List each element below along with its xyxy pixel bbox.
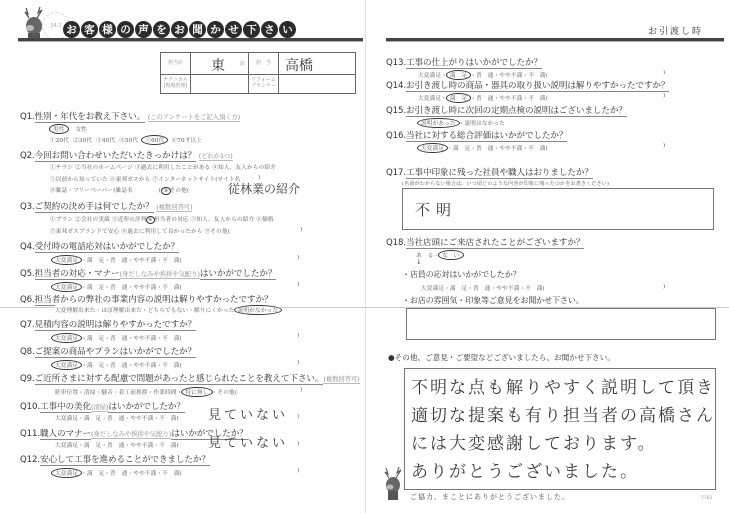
q15-question: Q15.お引き渡し時に次回の定期点検の説明はございましたか？ [386, 104, 627, 116]
q3-line1a: ①プラン ②会社の実績 ③近所の評判 [50, 217, 147, 223]
header-underline-shadow [386, 41, 724, 42]
q1-question: Q1.性別・年代をお教え下さい。 (このアンケートをご記入頂く方) [20, 110, 240, 122]
q2-options-line1[interactable]: ①チラシ ②当社のホームページ ③過去に利用したことがある ④知人、友人からの紹… [50, 163, 276, 171]
q9-close: ) [300, 387, 302, 393]
q2-line3-text: ⑧雑誌・フリーペーパー(雑誌名 [50, 188, 133, 194]
q10-handwritten: 見ていない [208, 404, 288, 423]
q18-text: 当社店頭にご来店されたことがございますか？ [406, 238, 584, 249]
comment-line: には大変感謝しております。 [411, 429, 657, 454]
q3-note: (複数回答可) [156, 203, 192, 212]
q8-rest: ・満 足・普 通・やや不満・不 満( [81, 363, 182, 369]
q3-options-line1[interactable]: ①プラン ②会社の実績 ③近所の評判④担当者の対応 ⑤知人、友人からの紹介 ⑥価… [50, 215, 274, 224]
q10-options[interactable]: 大変満足・満 足・普 通・やや不満・不 満( ) [55, 414, 179, 422]
title-char: お [171, 21, 188, 38]
q10-close: ) [297, 414, 299, 420]
q14-question: Q14.お引き渡し時の商品・器具の取り扱い説明は解りやすかったですか？ [386, 79, 669, 91]
q7-rest: ・満 足・普 通・やや不満・不 満( [81, 336, 182, 342]
q12-selected[interactable]: 大変満足 [51, 468, 82, 478]
q5-options[interactable]: 大変満足・満 足・普 通・やや不満・不 満( ) [52, 282, 182, 292]
q7-options[interactable]: 大変満足・満 足・普 通・やや不満・不 満( ) [52, 333, 182, 343]
q15-rest: ・説明はなかった [459, 121, 505, 127]
q1-age-selected[interactable]: ⑤60代 [141, 135, 168, 145]
q1-age-option[interactable]: ②30代 [73, 138, 92, 144]
comment-line: 適切な提案も有り担当者の高橋さん [411, 401, 715, 426]
q8-question: Q8.ご提案の商品やプランはいかがでしたか？ [20, 345, 196, 357]
q15-num: Q15. [386, 106, 406, 116]
q11-text: 職人のマナー [40, 429, 91, 440]
q3-text: ご契約の決め手は何でしたか？ [35, 202, 154, 213]
q15-text: お引き渡し時に次回の定期点検の説明はございましたか？ [406, 106, 627, 117]
q1-gender-selected[interactable]: 男性 [49, 124, 69, 134]
store-label: 担当店 [161, 53, 191, 75]
q18-sub1-options-text: 大変満足・満 足・普 通・やや不満・不 満( [421, 286, 545, 292]
q13-num: Q13. [386, 58, 406, 68]
q18-sub2-question: ・お店の雰囲気・印象等ご意見をお聞かせ下さい。 [402, 295, 584, 306]
page-code: 7701 [701, 496, 712, 501]
staff-label: 担 当 [249, 53, 279, 75]
q16-num: Q16. [386, 131, 406, 141]
q5-rest: ・満 足・普 通・やや不満・不 満( [81, 285, 182, 291]
q16-options[interactable]: 大変満足・満 足・普 通・やや不満・不 満( ) [418, 143, 548, 153]
q6-num: Q6. [20, 295, 35, 305]
q5-num: Q5. [20, 269, 35, 279]
store-suffix: 店 [240, 60, 245, 67]
q8-options[interactable]: 大変満足・満 足・普 通・やや不満・不 満( ) [52, 360, 182, 370]
q11-close: ) [297, 441, 299, 447]
q9-note: (複数回答可) [323, 375, 359, 384]
q17-answer-box[interactable]: 不明 [402, 188, 714, 230]
comments-heading: ●その他、ご意見・ご要望などございましたら、お聞かせ下さい。 [388, 352, 615, 363]
title-char: 下 [243, 21, 260, 38]
q5-question: Q5.担当者の対応・マナー(身だしなみや挨拶や気配り)はいかがでしたか？ [20, 267, 276, 279]
q5-note: (身だしなみや挨拶や気配り) [120, 270, 200, 279]
technical-cell[interactable] [191, 75, 249, 94]
q8-close: ) [297, 360, 299, 366]
q17-num: Q17. [386, 168, 406, 178]
staff-value: 高橋 [285, 55, 313, 75]
q11-note: (身だしなみや挨拶や気配り) [91, 430, 171, 439]
q12-options[interactable]: 大変満足・満 足・普 通・やや不満・不 満( ) [52, 468, 182, 478]
q14-close: ) [663, 93, 665, 99]
title-char: せ [225, 21, 242, 38]
q11-options[interactable]: 大変満足・満 足・普 通・やや不満・不 満( ) [55, 441, 179, 449]
q1-age-option[interactable]: ④50代 [119, 138, 138, 144]
q12-question: Q12.安心して工事を進めることができましたか？ [20, 453, 210, 465]
title-underline-shadow [18, 41, 363, 42]
q2-options-line2[interactable]: ⑤以前から知っていた ⑥東邦ガスから ⑦インターネットサイト(サイト名 ) [50, 175, 240, 183]
q9-options[interactable]: 駐車位置・清掃・騒音・着工前挨拶・作業時間・特に無し・その他( ) [55, 387, 237, 397]
q9-text: ご近所さまに対する配慮で問題があったと感じられたことを教えて下さい。 [35, 374, 324, 385]
title-char: お [63, 21, 80, 38]
q11-num: Q11. [20, 429, 40, 439]
q7-close: ) [297, 333, 299, 339]
q7-selected[interactable]: 大変満足 [51, 333, 82, 343]
q14-options[interactable]: 大変満足・満 足・普 通・やや不満・不 満( ) [418, 93, 548, 103]
q1-age-option[interactable]: ③40代 [96, 138, 115, 144]
q16-text: 当社に対する総合評価はいかがでしたか？ [406, 131, 567, 142]
q1-age-options: ①20代 ②30代 ③40代 ④50代 ⑤60代 ⑥70才以上 [50, 135, 202, 145]
q16-selected[interactable]: 大変満足 [417, 143, 448, 153]
title-char: 聞 [189, 21, 206, 38]
title-char: か [207, 21, 224, 38]
q12-num: Q12. [20, 455, 40, 465]
q18-sub1-close: ) [663, 284, 665, 290]
right-page: お引渡し時 Q13.工事の仕上がりはいかがでしたか？ 大変満足・満 足・普 通・… [366, 0, 729, 513]
q16-rest: ・満 足・普 通・やや不満・不 満( [447, 146, 548, 152]
comments-box[interactable]: 不明な点も解りやすく説明して頂き 適切な提案も有り担当者の高橋さん には大変感謝… [404, 368, 716, 490]
q4-text: 受付時の電話応対はいかがでしたか？ [35, 242, 179, 253]
arrow-down-icon: ↓ [416, 258, 422, 266]
q9-other: ・その他( [212, 390, 238, 396]
q2-line3-close: ) [158, 188, 160, 194]
q1-note: (このアンケートをご記入頂く方) [148, 113, 240, 122]
q9-rest: 駐車位置・清掃・騒音・着工前挨拶・作業時間・ [55, 390, 182, 396]
q4-close: ) [297, 255, 299, 261]
q14-rest: ・普 通・やや不満・不 満( [470, 96, 548, 102]
q18-sub1-options[interactable]: 大変満足・満 足・普 通・やや不満・不 満( ) [421, 284, 545, 292]
q5-text2: はいかがでしたか？ [200, 269, 276, 280]
store-cell[interactable]: 東 店 [191, 53, 249, 75]
q2-other-label: その他( [170, 188, 190, 194]
staff-cell[interactable]: 高橋 [279, 53, 356, 75]
q13-question: Q13.工事の仕上がりはいかがでしたか？ [386, 56, 542, 68]
q8-selected[interactable]: 大変満足 [51, 360, 82, 370]
q15-selected[interactable]: 説明があった [417, 118, 460, 128]
section-title: お引渡し時 [648, 24, 703, 37]
planner-cell[interactable] [279, 75, 356, 94]
q10-num: Q10. [20, 402, 40, 412]
q4-rest: ・満 足・普 通・やや不満・不 満( [81, 258, 182, 264]
q2-options-line3[interactable]: ⑧雑誌・フリーペーパー(雑誌名 [50, 186, 133, 194]
q6-options[interactable]: 大変理解出来た・ほぼ理解出来た・どちらでもない・解りにくかった説明がなかった [55, 305, 281, 315]
q9-selected[interactable]: 特に無し [181, 387, 212, 397]
q16-close: ) [663, 143, 665, 149]
q2-note: (どれか1つ) [199, 152, 233, 161]
q8-text: ご提案の商品やプランはいかがでしたか？ [35, 347, 196, 358]
stamp-text: 34.2 [50, 23, 61, 29]
q6-selected[interactable]: 説明がなかった [234, 305, 283, 315]
q13-close: ) [663, 70, 665, 76]
q2-other-option[interactable]: ) ⑨その他( [158, 186, 189, 195]
q7-question: Q7.見積内容の説明は解りやすかったですか？ [20, 318, 196, 330]
q2-line2-text: ⑤以前から知っていた ⑥東邦ガスから ⑦インターネットサイト(サイト名 [50, 177, 240, 183]
q18-question: Q18.当社店頭にご来店されたことがございますか？ [386, 236, 584, 248]
q8-num: Q8. [20, 347, 35, 357]
q6-rest: 大変理解出来た・ほぼ理解出来た・どちらでもない・解りにくかった [55, 308, 235, 314]
q10-options-text: 大変満足・満 足・普 通・やや不満・不 満( [55, 416, 179, 422]
q17-text: 工事中印象に残った社員や職人はおりましたか？ [406, 168, 593, 179]
title-char: の [117, 21, 134, 38]
q1-age-option[interactable]: ①20代 [50, 138, 69, 144]
q10-text: 工事中の美化 [40, 402, 91, 413]
planner-label: リフォーム プランナー [249, 75, 279, 94]
deer-logo-icon [382, 466, 404, 500]
q1-num: Q1. [20, 112, 35, 122]
store-value: 東 [211, 55, 225, 75]
technical-label: テクニカル (現場管理) [161, 75, 191, 94]
q3-line2: ⑦東邦ガスブランドで安心 ⑧過去に利用して良かったから ⑨その他( [50, 229, 230, 235]
q3-line1b: 担当者の対応 ⑤知人、友人からの紹介 ⑥価格 [154, 217, 274, 223]
q15-options[interactable]: 説明があった・説明はなかった [418, 118, 505, 128]
q12-close: ) [297, 468, 299, 474]
title-char: い [279, 21, 296, 38]
q10-text2: はいかがでしたか？ [108, 402, 184, 413]
q2-question: Q2.今回お問い合わせいただいたきっかけは？ (どれか1つ) [20, 149, 233, 161]
q5-close: ) [297, 282, 299, 288]
q4-options[interactable]: 大変満足・満 足・普 通・やや不満・不 満( ) [52, 255, 182, 265]
q14-selected[interactable]: 満 足 [446, 93, 471, 103]
q10-question: Q10.工事中の美化(清掃)はいかがでしたか？ [20, 400, 185, 412]
q16-question: Q16.当社に対する総合評価はいかがでしたか？ [386, 129, 567, 141]
q3-line2-close: ) [300, 227, 302, 233]
q18-sub1-question: ・店員の応対はいかがでしたか？ [402, 269, 521, 280]
q7-text: 見積内容の説明は解りやすかったですか？ [35, 320, 196, 331]
title-char: 様 [99, 21, 116, 38]
page-title: お 客 様 の 声 を お 聞 か せ 下 さ い [63, 21, 296, 38]
q9-question: Q9.ご近所さまに対する配慮で問題があったと感じられたことを教えて下さい。(複数… [20, 372, 360, 384]
staff-info-table: 担当店 東 店 担 当 高橋 テクニカル (現場管理) リフォーム プランナー [160, 52, 356, 94]
title-char: を [153, 21, 170, 38]
q18-selected[interactable]: な い [438, 250, 463, 260]
q1-gender-option[interactable]: 女性 [76, 127, 88, 133]
title-char: 声 [135, 21, 152, 38]
q17-answer: 不明 [415, 199, 457, 220]
q5-selected[interactable]: 大変満足 [51, 282, 82, 292]
q14-text: お引き渡し時の商品・器具の取り扱い説明は解りやすかったですか？ [406, 81, 669, 92]
title-char: 客 [81, 21, 98, 38]
q12-rest: ・満 足・普 通・やや不満・不 満( [81, 471, 182, 477]
q4-num: Q4. [20, 242, 35, 252]
q11-options-text: 大変満足・満 足・普 通・やや不満・不 満( [55, 443, 179, 449]
q5-text: 担当者の対応・マナー [35, 269, 120, 280]
q3-question: Q3.ご契約の決め手は何でしたか？ (複数回答可) [20, 200, 192, 212]
q18-num: Q18. [386, 238, 406, 248]
q4-selected[interactable]: 大変満足 [51, 255, 82, 265]
q7-num: Q7. [20, 320, 35, 330]
q18-sub2-answer-box[interactable] [406, 308, 716, 340]
q1-text: 性別・年代をお教え下さい。 [35, 112, 145, 123]
q3-options-line2[interactable]: ⑦東邦ガスブランドで安心 ⑧過去に利用して良かったから ⑨その他( ) [50, 227, 230, 235]
q14-before: 大変満足・ [418, 96, 447, 102]
q2-text: 今回お問い合わせいただいたきっかけは？ [35, 151, 196, 162]
q1-gender-options: 男性 女性 [50, 124, 87, 134]
comment-line: ありがとうございました。 [411, 457, 639, 482]
q6-question: Q6.担当者からの弊社の事業内容の説明は解りやすかったですか？ [20, 293, 273, 305]
comment-line: 不明な点も解りやすく説明して頂き [411, 373, 715, 398]
q9-num: Q9. [20, 374, 35, 384]
q3-num: Q3. [20, 202, 35, 212]
title-char: さ [261, 21, 278, 38]
q14-num: Q14. [386, 81, 406, 91]
q2-other-handwritten: 従林業の紹介 [228, 180, 300, 197]
q18-options[interactable]: あ る・な い [416, 250, 463, 260]
footer-thanks: ご協力、まことにありがとうございました。 [410, 492, 570, 502]
q17-question: Q17.工事中印象に残った社員や職人はおりましたか？ [386, 166, 593, 178]
q13-text: 工事の仕上がりはいかがでしたか？ [406, 58, 542, 69]
q17-note: (名前がわからない場合は、いつ頃どのような内容が印象に残ったのかをお書きください… [402, 180, 609, 187]
q4-question: Q4.受付時の電話応対はいかがでしたか？ [20, 240, 179, 252]
q10-note: (清掃) [91, 403, 108, 412]
q2-num: Q2. [20, 151, 35, 161]
left-page: 34.2 お 客 様 の 声 を お 聞 か せ 下 さ い 担当店 東 店 担… [0, 0, 366, 513]
q1-age-option[interactable]: ⑥70才以上 [171, 138, 202, 144]
q11-handwritten: 見ていない [208, 432, 288, 451]
q12-text: 安心して工事を進めることができましたか？ [40, 455, 210, 466]
